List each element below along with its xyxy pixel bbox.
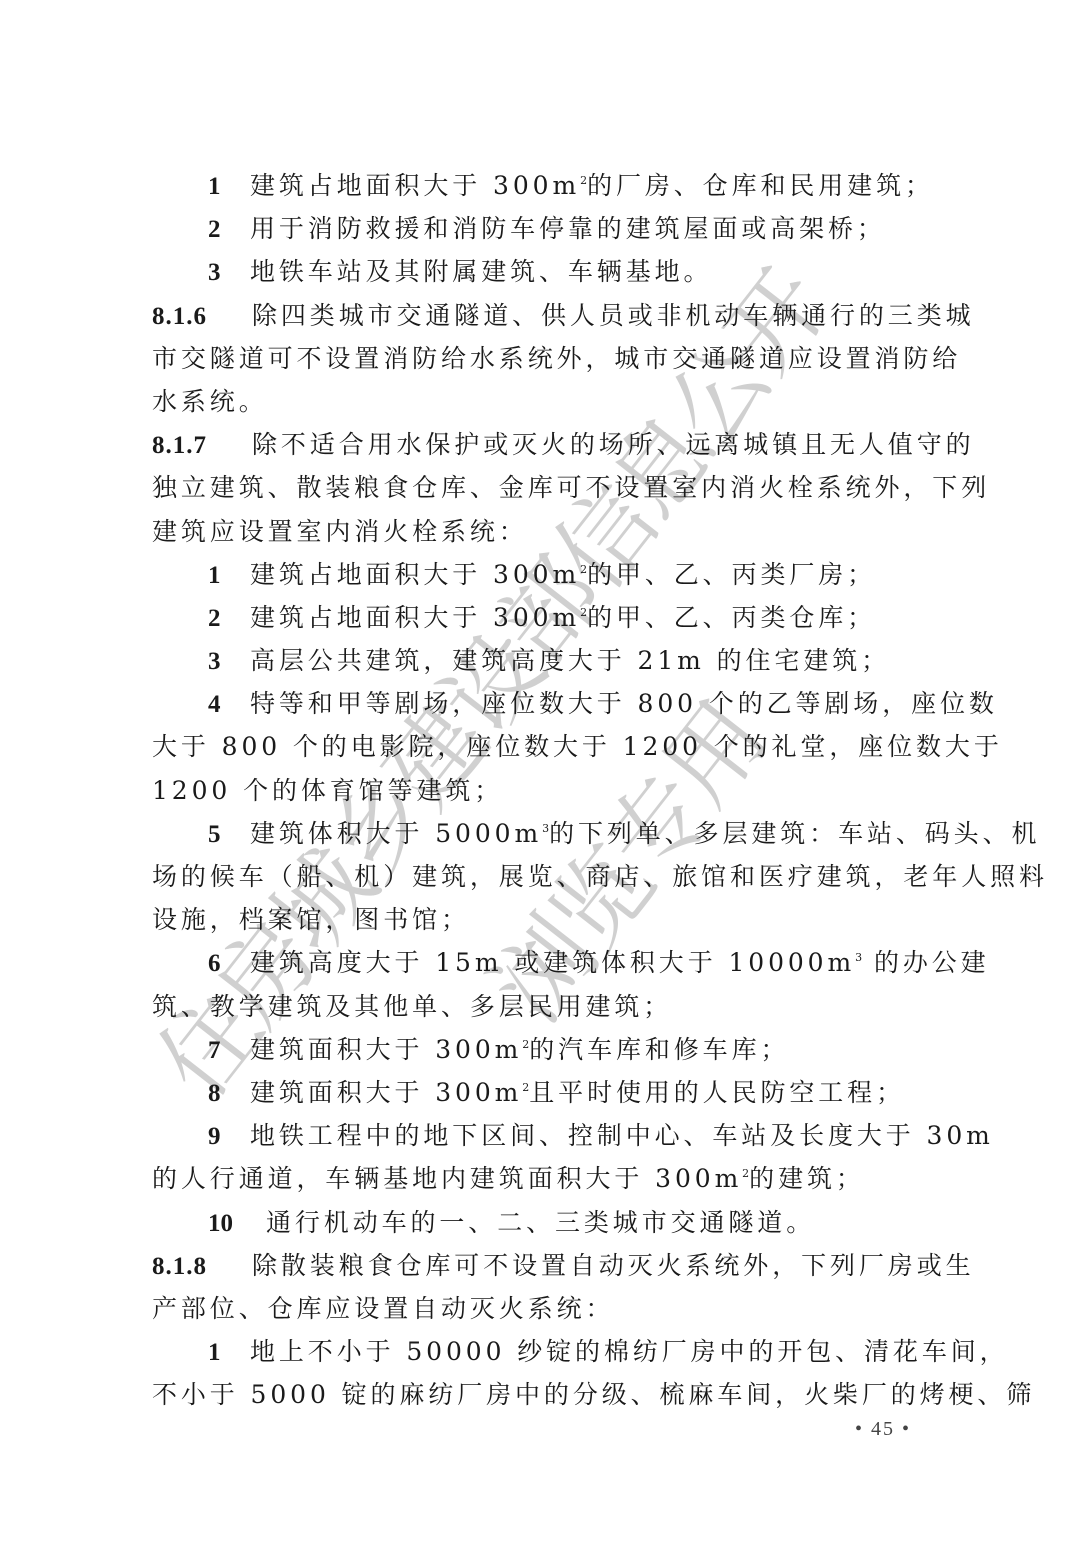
superscript: 2 [522, 1038, 529, 1051]
clause-number: 8.1.7 [152, 424, 252, 467]
text-line: 建筑应设置室内消火栓系统： [152, 510, 948, 553]
item-number: 5 [208, 813, 250, 856]
clause-line: 8.1.8除散装粮食仓库可不设置自动灭火系统外，下列厂房或生 [152, 1244, 948, 1287]
item-number: 8 [208, 1072, 250, 1115]
text-line: 设施，档案馆，图书馆； [152, 898, 948, 941]
list-item-line: 6建筑高度大于 15m 或建筑体积大于 10000m3 的办公建 [152, 941, 948, 984]
list-item-line: 7建筑面积大于 300m2的汽车库和修车库； [152, 1028, 948, 1071]
line-text: 除四类城市交通隧道、供人员或非机动车辆通行的三类城 [252, 301, 975, 330]
item-number: 7 [208, 1029, 250, 1072]
line-text: 除不适合用水保护或灭火的场所、远离城镇且无人值守的 [252, 430, 975, 459]
line-text: 建筑面积大于 300m2的汽车库和修车库； [250, 1035, 789, 1064]
list-item-line: 5建筑体积大于 5000m3的下列单、多层建筑：车站、码头、机 [152, 812, 948, 855]
superscript: 2 [522, 1081, 529, 1094]
clause-number: 8.1.6 [152, 295, 252, 338]
line-text: 除散装粮食仓库可不设置自动灭火系统外，下列厂房或生 [252, 1251, 975, 1280]
list-item-line: 9地铁工程中的地下区间、控制中心、车站及长度大于 30m [152, 1114, 948, 1157]
text-line: 筑、教学建筑及其他单、多层民用建筑； [152, 985, 948, 1028]
clause-number: 8.1.8 [152, 1245, 252, 1288]
list-item-line: 3高层公共建筑，建筑高度大于 21m 的住宅建筑； [152, 639, 948, 682]
item-number: 9 [208, 1115, 250, 1158]
line-text: 地铁车站及其附属建筑、车辆基地。 [250, 257, 712, 286]
superscript: 2 [580, 563, 587, 576]
superscript: 2 [580, 606, 587, 619]
item-number: 4 [208, 683, 250, 726]
item-number: 3 [208, 251, 250, 294]
line-text: 场的候车（船、机）建筑，展览、商店、旅馆和医疗建筑，老年人照料 [152, 862, 1048, 891]
line-text: 建筑占地面积大于 300m2的厂房、仓库和民用建筑； [250, 171, 934, 200]
text-line: 1200 个的体育馆等建筑； [152, 769, 948, 812]
text-line: 独立建筑、散装粮食仓库、金库可不设置室内消火栓系统外，下列 [152, 466, 948, 509]
line-text: 水系统。 [152, 387, 268, 416]
text-line: 水系统。 [152, 380, 948, 423]
text-line: 的人行通道，车辆基地内建筑面积大于 300m2的建筑； [152, 1157, 948, 1200]
line-text: 产部位、仓库应设置自动灭火系统： [152, 1294, 614, 1323]
item-number: 6 [208, 942, 250, 985]
list-item-line: 3地铁车站及其附属建筑、车辆基地。 [152, 250, 948, 293]
item-number: 1 [208, 1331, 250, 1374]
line-text: 特等和甲等剧场，座位数大于 800 个的乙等剧场，座位数 [250, 689, 998, 718]
line-text: 建筑应设置室内消火栓系统： [152, 517, 528, 546]
list-item-line: 1地上不小于 50000 纱锭的棉纺厂房中的开包、清花车间， [152, 1330, 948, 1373]
superscript: 3 [542, 822, 549, 835]
line-text: 建筑体积大于 5000m3的下列单、多层建筑：车站、码头、机 [250, 819, 1040, 848]
line-text: 市交隧道可不设置消防给水系统外，城市交通隧道应设置消防给 [152, 344, 961, 373]
line-text: 建筑高度大于 15m 或建筑体积大于 10000m3 的办公建 [250, 948, 990, 977]
item-number: 2 [208, 597, 250, 640]
line-text: 地铁工程中的地下区间、控制中心、车站及长度大于 30m [250, 1121, 994, 1150]
list-item-line: 2建筑占地面积大于 300m2的甲、乙、丙类仓库； [152, 596, 948, 639]
list-item-line: 2用于消防救援和消防车停靠的建筑屋面或高架桥； [152, 207, 948, 250]
text-line: 产部位、仓库应设置自动灭火系统： [152, 1287, 948, 1330]
line-text: 大于 800 个的电影院，座位数大于 1200 个的礼堂，座位数大于 [152, 732, 1003, 761]
text-line: 场的候车（船、机）建筑，展览、商店、旅馆和医疗建筑，老年人照料 [152, 855, 948, 898]
list-item-line: 1建筑占地面积大于 300m2的甲、乙、丙类厂房； [152, 553, 948, 596]
clause-line: 8.1.6除四类城市交通隧道、供人员或非机动车辆通行的三类城 [152, 294, 948, 337]
line-text: 筑、教学建筑及其他单、多层民用建筑； [152, 992, 672, 1021]
superscript: 2 [580, 174, 587, 187]
list-item-line: 10通行机动车的一、二、三类城市交通隧道。 [152, 1201, 948, 1244]
line-text: 的人行通道，车辆基地内建筑面积大于 300m2的建筑； [152, 1164, 865, 1193]
line-text: 高层公共建筑，建筑高度大于 21m 的住宅建筑； [250, 646, 890, 675]
line-text: 建筑占地面积大于 300m2的甲、乙、丙类仓库； [250, 603, 876, 632]
line-text: 地上不小于 50000 纱锭的棉纺厂房中的开包、清花车间， [250, 1337, 1009, 1366]
document-page: 住房城乡建设部信息公开 浏览专用 1建筑占地面积大于 300m2的厂房、仓库和民… [0, 0, 1080, 1565]
line-text: 独立建筑、散装粮食仓库、金库可不设置室内消火栓系统外，下列 [152, 473, 990, 502]
text-line: 大于 800 个的电影院，座位数大于 1200 个的礼堂，座位数大于 [152, 725, 948, 768]
line-text: 建筑占地面积大于 300m2的甲、乙、丙类厂房； [250, 560, 876, 589]
line-text: 用于消防救援和消防车停靠的建筑屋面或高架桥； [250, 214, 886, 243]
line-text: 1200 个的体育馆等建筑； [152, 776, 503, 805]
item-number: 1 [208, 554, 250, 597]
item-number: 3 [208, 640, 250, 683]
list-item-line: 1建筑占地面积大于 300m2的厂房、仓库和民用建筑； [152, 164, 948, 207]
line-text: 设施，档案馆，图书馆； [152, 905, 470, 934]
list-item-line: 4特等和甲等剧场，座位数大于 800 个的乙等剧场，座位数 [152, 682, 948, 725]
list-item-line: 8建筑面积大于 300m2且平时使用的人民防空工程； [152, 1071, 948, 1114]
document-body: 1建筑占地面积大于 300m2的厂房、仓库和民用建筑；2用于消防救援和消防车停靠… [152, 164, 948, 1416]
line-text: 通行机动车的一、二、三类城市交通隧道。 [266, 1208, 815, 1237]
page-number: • 45 • [855, 1418, 911, 1441]
text-line: 不小于 5000 锭的麻纺厂房中的分级、梳麻车间，火柴厂的烤梗、筛 [152, 1373, 948, 1416]
item-number: 10 [208, 1202, 266, 1245]
superscript: 3 [855, 951, 862, 964]
item-number: 1 [208, 165, 250, 208]
item-number: 2 [208, 208, 250, 251]
line-text: 建筑面积大于 300m2且平时使用的人民防空工程； [250, 1078, 905, 1107]
text-line: 市交隧道可不设置消防给水系统外，城市交通隧道应设置消防给 [152, 337, 948, 380]
clause-line: 8.1.7除不适合用水保护或灭火的场所、远离城镇且无人值守的 [152, 423, 948, 466]
line-text: 不小于 5000 锭的麻纺厂房中的分级、梳麻车间，火柴厂的烤梗、筛 [152, 1380, 1035, 1409]
superscript: 2 [742, 1167, 749, 1180]
